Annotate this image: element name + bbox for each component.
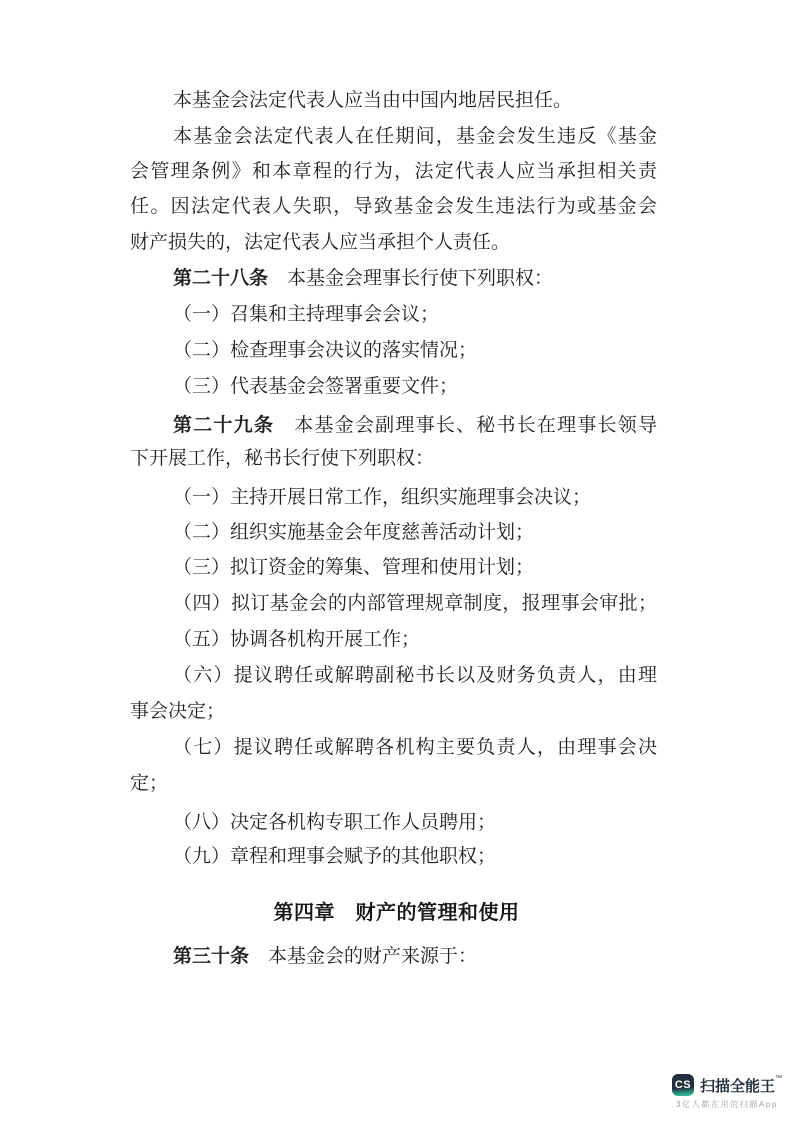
text-line: （六）提议聘任或解聘副秘书长以及财务负责人，由理 xyxy=(173,664,657,688)
text-line: 下开展工作，秘书长行使下列职权： xyxy=(130,447,657,471)
camscanner-tagline: 3亿人都在用的扫描App xyxy=(676,1099,778,1110)
line-text: 本基金会法定代表人应当由中国内地居民担任。 xyxy=(173,90,572,111)
article-number: 第二十九条 xyxy=(173,415,274,436)
line-text: 下开展工作，秘书长行使下列职权： xyxy=(130,448,434,469)
line-text: 本基金会的财产来源于： xyxy=(249,946,477,967)
line-text: 事会决定； xyxy=(130,701,225,722)
article-number: 第二十八条 xyxy=(173,268,268,289)
line-text: 本基金会理事长行使下列职权： xyxy=(268,268,553,289)
line-text: 定； xyxy=(130,773,168,794)
text-line: （二）检查理事会决议的落实情况； xyxy=(173,339,657,363)
text-line: （七）提议聘任或解聘各机构主要负责人，由理事会决 xyxy=(173,736,657,760)
line-text: （四）拟订基金会的内部管理规章制度，报理事会审批； xyxy=(173,593,657,614)
line-text: （七）提议聘任或解聘各机构主要负责人，由理事会决 xyxy=(173,737,657,758)
text-line: （三）代表基金会签署重要文件； xyxy=(173,375,657,399)
line-text: （八）决定各机构专职工作人员聘用； xyxy=(173,812,496,833)
text-line: （四）拟订基金会的内部管理规章制度，报理事会审批； xyxy=(173,592,657,616)
text-line: 事会决定； xyxy=(130,700,657,724)
camscanner-watermark: CS 扫描全能王™ 3亿人都在用的扫描App xyxy=(672,1074,782,1110)
article-number: 第三十条 xyxy=(173,946,249,967)
camscanner-brand-name: 扫描全能王™ xyxy=(700,1075,782,1096)
line-text: （九）章程和理事会赋予的其他职权； xyxy=(173,846,496,867)
line-text: （六）提议聘任或解聘副秘书长以及财务负责人，由理 xyxy=(173,665,657,686)
brand-text: 扫描全能王 xyxy=(700,1078,775,1095)
line-text: 财产损失的，法定代表人应当承担个人责任。 xyxy=(130,232,510,253)
line-text: （一）召集和主持理事会会议； xyxy=(173,304,439,325)
line-text: （一）主持开展日常工作，组织实施理事会决议； xyxy=(173,487,591,508)
trademark-symbol: ™ xyxy=(775,1075,782,1082)
text-line: （五）协调各机构开展工作； xyxy=(173,628,657,652)
line-text: （二）检查理事会决议的落实情况； xyxy=(173,340,477,361)
text-line: （二）组织实施基金会年度慈善活动计划； xyxy=(173,521,657,545)
text-line: （一）召集和主持理事会会议； xyxy=(173,303,657,327)
watermark-logo-row: CS 扫描全能王™ xyxy=(672,1074,782,1096)
line-text: 本基金会法定代表人在任期间，基金会发生违反《基金 xyxy=(173,126,657,147)
article-28-line: 第二十八条 本基金会理事长行使下列职权： xyxy=(173,267,657,291)
article-29-line: 第二十九条 本基金会副理事长、秘书长在理事长领导 xyxy=(173,414,657,438)
text-line: 会管理条例》和本章程的行为，法定代表人应当承担相关责 xyxy=(130,160,657,184)
text-line: 财产损失的，法定代表人应当承担个人责任。 xyxy=(130,231,657,255)
text-line: 本基金会法定代表人应当由中国内地居民担任。 xyxy=(173,89,657,113)
line-text: 会管理条例》和本章程的行为，法定代表人应当承担相关责 xyxy=(130,161,657,182)
text-line: 定； xyxy=(130,772,657,796)
text-line: （八）决定各机构专职工作人员聘用； xyxy=(173,811,657,835)
line-text: （五）协调各机构开展工作； xyxy=(173,629,420,650)
text-line: 任。因法定代表人失职，导致基金会发生违法行为或基金会 xyxy=(130,195,657,219)
text-line: （九）章程和理事会赋予的其他职权； xyxy=(173,845,657,869)
line-text: 本基金会副理事长、秘书长在理事长领导 xyxy=(274,415,657,436)
line-text: （二）组织实施基金会年度慈善活动计划； xyxy=(173,522,534,543)
line-text: （三）代表基金会签署重要文件； xyxy=(173,376,458,397)
article-30-line: 第三十条 本基金会的财产来源于： xyxy=(173,945,657,969)
text-line: （三）拟订资金的筹集、管理和使用计划； xyxy=(173,556,657,580)
document-page: 本基金会法定代表人应当由中国内地居民担任。 本基金会法定代表人在任期间，基金会发… xyxy=(0,0,793,1123)
text-line: 本基金会法定代表人在任期间，基金会发生违反《基金 xyxy=(173,125,657,149)
camscanner-cs-icon: CS xyxy=(672,1074,694,1096)
text-line: （一）主持开展日常工作，组织实施理事会决议； xyxy=(173,486,657,510)
line-text: （三）拟订资金的筹集、管理和使用计划； xyxy=(173,557,534,578)
chapter-heading: 第四章 财产的管理和使用 xyxy=(0,896,793,925)
line-text: 任。因法定代表人失职，导致基金会发生违法行为或基金会 xyxy=(130,196,657,217)
